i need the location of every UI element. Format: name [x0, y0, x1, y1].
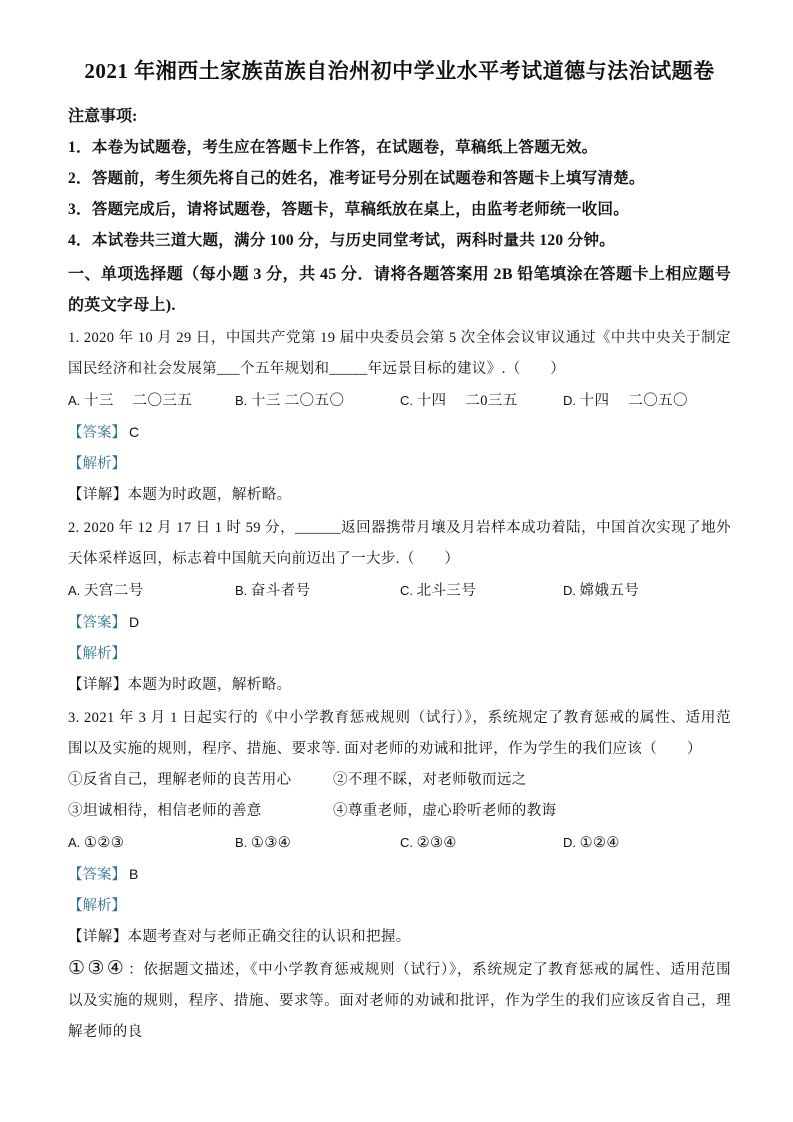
question-3-option-b: B. ①③④ [235, 827, 400, 859]
statement-3: ③坦诚相待，相信老师的善意 [68, 796, 333, 827]
option-label: D. [563, 393, 576, 408]
option-text: ①③④ [251, 835, 291, 851]
notice-item-2: 2．答题前，考生须先将自己的姓名，准考证号分别在试题卷和答题卡上填写清楚。 [68, 163, 731, 194]
exam-paper-page: 2021 年湘西土家族苗族自治州初中学业水平考试道德与法治试题卷 注意事项: 1… [0, 0, 793, 1122]
question-3-detail-line: 【详解】本题考查对与老师正确交往的认识和把握。 [68, 922, 731, 953]
question-1-option-c: C. 十四 二0三五 [400, 385, 563, 417]
statement-1: ①反省自己，理解老师的良苦用心 [68, 765, 333, 796]
question-2-option-b: B. 奋斗者号 [235, 575, 400, 607]
option-label: C. [400, 393, 413, 408]
option-text: 北斗三号 [417, 583, 477, 599]
option-text: 十四 二〇五〇 [580, 393, 688, 409]
section-heading: 一、单项选择题（每小题 3 分，共 45 分．请将各题答案用 2B 铅笔填涂在答… [68, 259, 731, 321]
question-2-analysis-label: 【解析】 [68, 639, 731, 670]
option-label: D. [563, 835, 576, 850]
question-2-stem: 2. 2020 年 12 月 17 日 1 时 59 分，______返回器携带… [68, 513, 731, 575]
notice-item-3: 3．答题完成后，请将试题卷，答题卡，草稿纸放在桌上，由监考老师统一收回。 [68, 194, 731, 225]
question-3-statements: ①反省自己，理解老师的良苦用心 ②不理不睬，对老师敬而远之 ③坦诚相待，相信老师… [68, 765, 731, 827]
statement-4: ④尊重老师，虚心聆听老师的教诲 [333, 796, 731, 827]
option-text: 十三 二〇三五 [84, 393, 192, 409]
option-text: 十三 二〇五〇 [251, 393, 344, 409]
question-2-option-c: C. 北斗三号 [400, 575, 563, 607]
answer-value: C [126, 424, 139, 440]
option-label: A. [68, 835, 80, 850]
option-text: ①②③ [84, 835, 124, 851]
question-3: 3. 2021 年 3 月 1 日起实行的《中小学教育惩戒规则（试行）》，系统规… [68, 703, 731, 1048]
detail-label: 【详解】 [68, 929, 128, 945]
question-2-detail-line: 【详解】本题为时政题，解析略。 [68, 670, 731, 701]
question-3-option-a: A. ①②③ [68, 827, 235, 859]
question-2-options: A. 天宫二号 B. 奋斗者号 C. 北斗三号 D. 嫦娥五号 [68, 575, 731, 607]
answer-label: 【答案】 [68, 615, 126, 631]
option-text: 天宫二号 [84, 583, 144, 599]
detail-text: 本题考查对与老师正确交往的认识和把握。 [128, 929, 411, 945]
detail-label: 【详解】 [68, 677, 128, 693]
notice-section: 注意事项: 1．本卷为试题卷，考生应在答题卡上作答，在试题卷，草稿纸上答题无效。… [68, 101, 731, 256]
question-2-answer-line: 【答案】D [68, 607, 731, 639]
answer-label: 【答案】 [68, 425, 126, 441]
question-1-analysis-label: 【解析】 [68, 449, 731, 480]
option-label: C. [400, 835, 413, 850]
question-3-answer-line: 【答案】B [68, 859, 731, 891]
option-text: 十四 二0三五 [417, 393, 518, 409]
question-2-option-a: A. 天宫二号 [68, 575, 235, 607]
question-1-detail-line: 【详解】本题为时政题，解析略。 [68, 480, 731, 511]
question-1-option-b: B. 十三 二〇五〇 [235, 385, 400, 417]
option-text: 奋斗者号 [251, 583, 311, 599]
answer-value: D [126, 614, 139, 630]
notice-item-1: 1．本卷为试题卷，考生应在答题卡上作答，在试题卷，草稿纸上答题无效。 [68, 132, 731, 163]
question-3-option-d: D. ①②④ [563, 827, 731, 859]
option-label: B. [235, 393, 247, 408]
question-1: 1. 2020 年 10 月 29 日，中国共产党第 19 届中央委员会第 5 … [68, 323, 731, 511]
option-text: ②③④ [417, 835, 457, 851]
question-3-options: A. ①②③ B. ①③④ C. ②③④ D. ①②④ [68, 827, 731, 859]
question-2: 2. 2020 年 12 月 17 日 1 时 59 分，______返回器携带… [68, 513, 731, 701]
detail-text: 本题为时政题，解析略。 [128, 677, 292, 693]
option-label: B. [235, 583, 247, 598]
option-label: A. [68, 393, 80, 408]
question-1-stem: 1. 2020 年 10 月 29 日，中国共产党第 19 届中央委员会第 5 … [68, 323, 731, 385]
notice-item-4: 4．本试卷共三道大题，满分 100 分，与历史同堂考试，两科时量共 120 分钟… [68, 225, 731, 256]
statement-2: ②不理不睬，对老师敬而远之 [333, 765, 731, 796]
detail-text: 本题为时政题，解析略。 [128, 487, 292, 503]
question-3-analysis-label: 【解析】 [68, 891, 731, 922]
question-1-options: A. 十三 二〇三五 B. 十三 二〇五〇 C. 十四 二0三五 D. 十四 二… [68, 385, 731, 417]
question-3-option-c: C. ②③④ [400, 827, 563, 859]
option-label: C. [400, 583, 413, 598]
question-1-option-a: A. 十三 二〇三五 [68, 385, 235, 417]
detail-more-prefix: ①③④ [68, 958, 128, 979]
answer-label: 【答案】 [68, 867, 126, 883]
page-title: 2021 年湘西土家族苗族自治州初中学业水平考试道德与法治试题卷 [68, 54, 731, 88]
option-text: ①②④ [580, 835, 620, 851]
detail-more-text: ：依据题文描述，《中小学教育惩戒规则（试行）》，系统规定了教育惩戒的属性、适用范… [68, 962, 731, 1040]
option-label: B. [235, 835, 247, 850]
question-1-option-d: D. 十四 二〇五〇 [563, 385, 731, 417]
question-1-answer-line: 【答案】C [68, 417, 731, 449]
notice-heading: 注意事项: [68, 101, 731, 132]
answer-value: B [126, 866, 138, 882]
option-text: 嫦娥五号 [580, 583, 640, 599]
option-label: D. [563, 583, 576, 598]
question-3-stem: 3. 2021 年 3 月 1 日起实行的《中小学教育惩戒规则（试行）》，系统规… [68, 703, 731, 765]
detail-label: 【详解】 [68, 487, 128, 503]
question-2-option-d: D. 嫦娥五号 [563, 575, 731, 607]
question-3-detail-more: ①③④：依据题文描述，《中小学教育惩戒规则（试行）》，系统规定了教育惩戒的属性、… [68, 953, 731, 1048]
option-label: A. [68, 583, 80, 598]
